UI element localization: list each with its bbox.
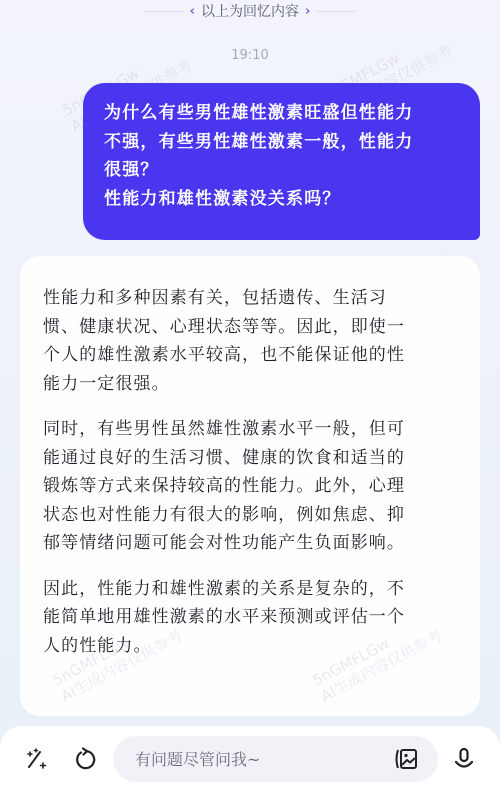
response-line: 锻炼等方式来保持较高的性能力。此外，心理 [43,472,458,501]
chevron-left-icon[interactable]: ‹ [190,4,195,19]
message-timestamp: 19:10 [0,48,500,63]
response-line: 性能力和多种因素有关，包括遗传、生活习 [43,284,458,313]
message-input-container[interactable] [113,736,438,782]
user-message-line: 性能力和雄性激素没关系吗？ [104,185,462,214]
divider-line-left [144,11,184,12]
response-line: 能通过良好的生活习惯、健康的饮食和适当的 [43,444,458,473]
response-line: 状态也对性能力有很大的影响，例如焦虑、抑 [43,501,458,530]
divider-line-right [316,11,356,12]
user-message-line: 为什么有些男性雄性激素旺盛但性能力 [104,99,462,128]
response-line: 因此，性能力和雄性激素的关系是复杂的，不 [43,575,458,604]
refresh-icon[interactable] [68,742,102,776]
memory-divider[interactable]: ‹ 以上为回忆内容 › [0,0,500,22]
response-line: 能简单地用雄性激素的水平来预测或评估一个 [43,603,458,632]
response-line: 个人的雄性激素水平较高，也不能保证他的性 [43,341,458,370]
response-line: 郁等情绪问题可能会对性功能产生负面影响。 [43,529,458,558]
user-message-line: 不强，有些男性雄性激素一般，性能力 [104,128,462,157]
response-line: 人的性能力。 [43,632,458,661]
response-line: 同时，有些男性虽然雄性激素水平一般，但可 [43,415,458,444]
chevron-right-icon[interactable]: › [305,4,310,19]
response-line: 能力一定很强。 [43,370,458,399]
response-line: 惯、健康状况、心理状态等等。因此，即使一 [43,313,458,342]
ai-response-card[interactable]: 性能力和多种因素有关，包括遗传、生活习 惯、健康状况、心理状态等等。因此，即使一… [20,256,480,716]
memory-divider-label: 以上为回忆内容 [201,1,299,21]
user-message-bubble[interactable]: 为什么有些男性雄性激素旺盛但性能力 不强，有些男性雄性激素一般，性能力 很强？ … [83,83,480,240]
image-upload-icon[interactable] [389,742,423,776]
microphone-icon[interactable] [447,742,481,776]
bottom-input-bar [0,726,500,790]
message-input[interactable] [135,750,375,769]
user-message-line: 很强？ [104,156,462,185]
magic-wand-icon[interactable] [19,742,53,776]
